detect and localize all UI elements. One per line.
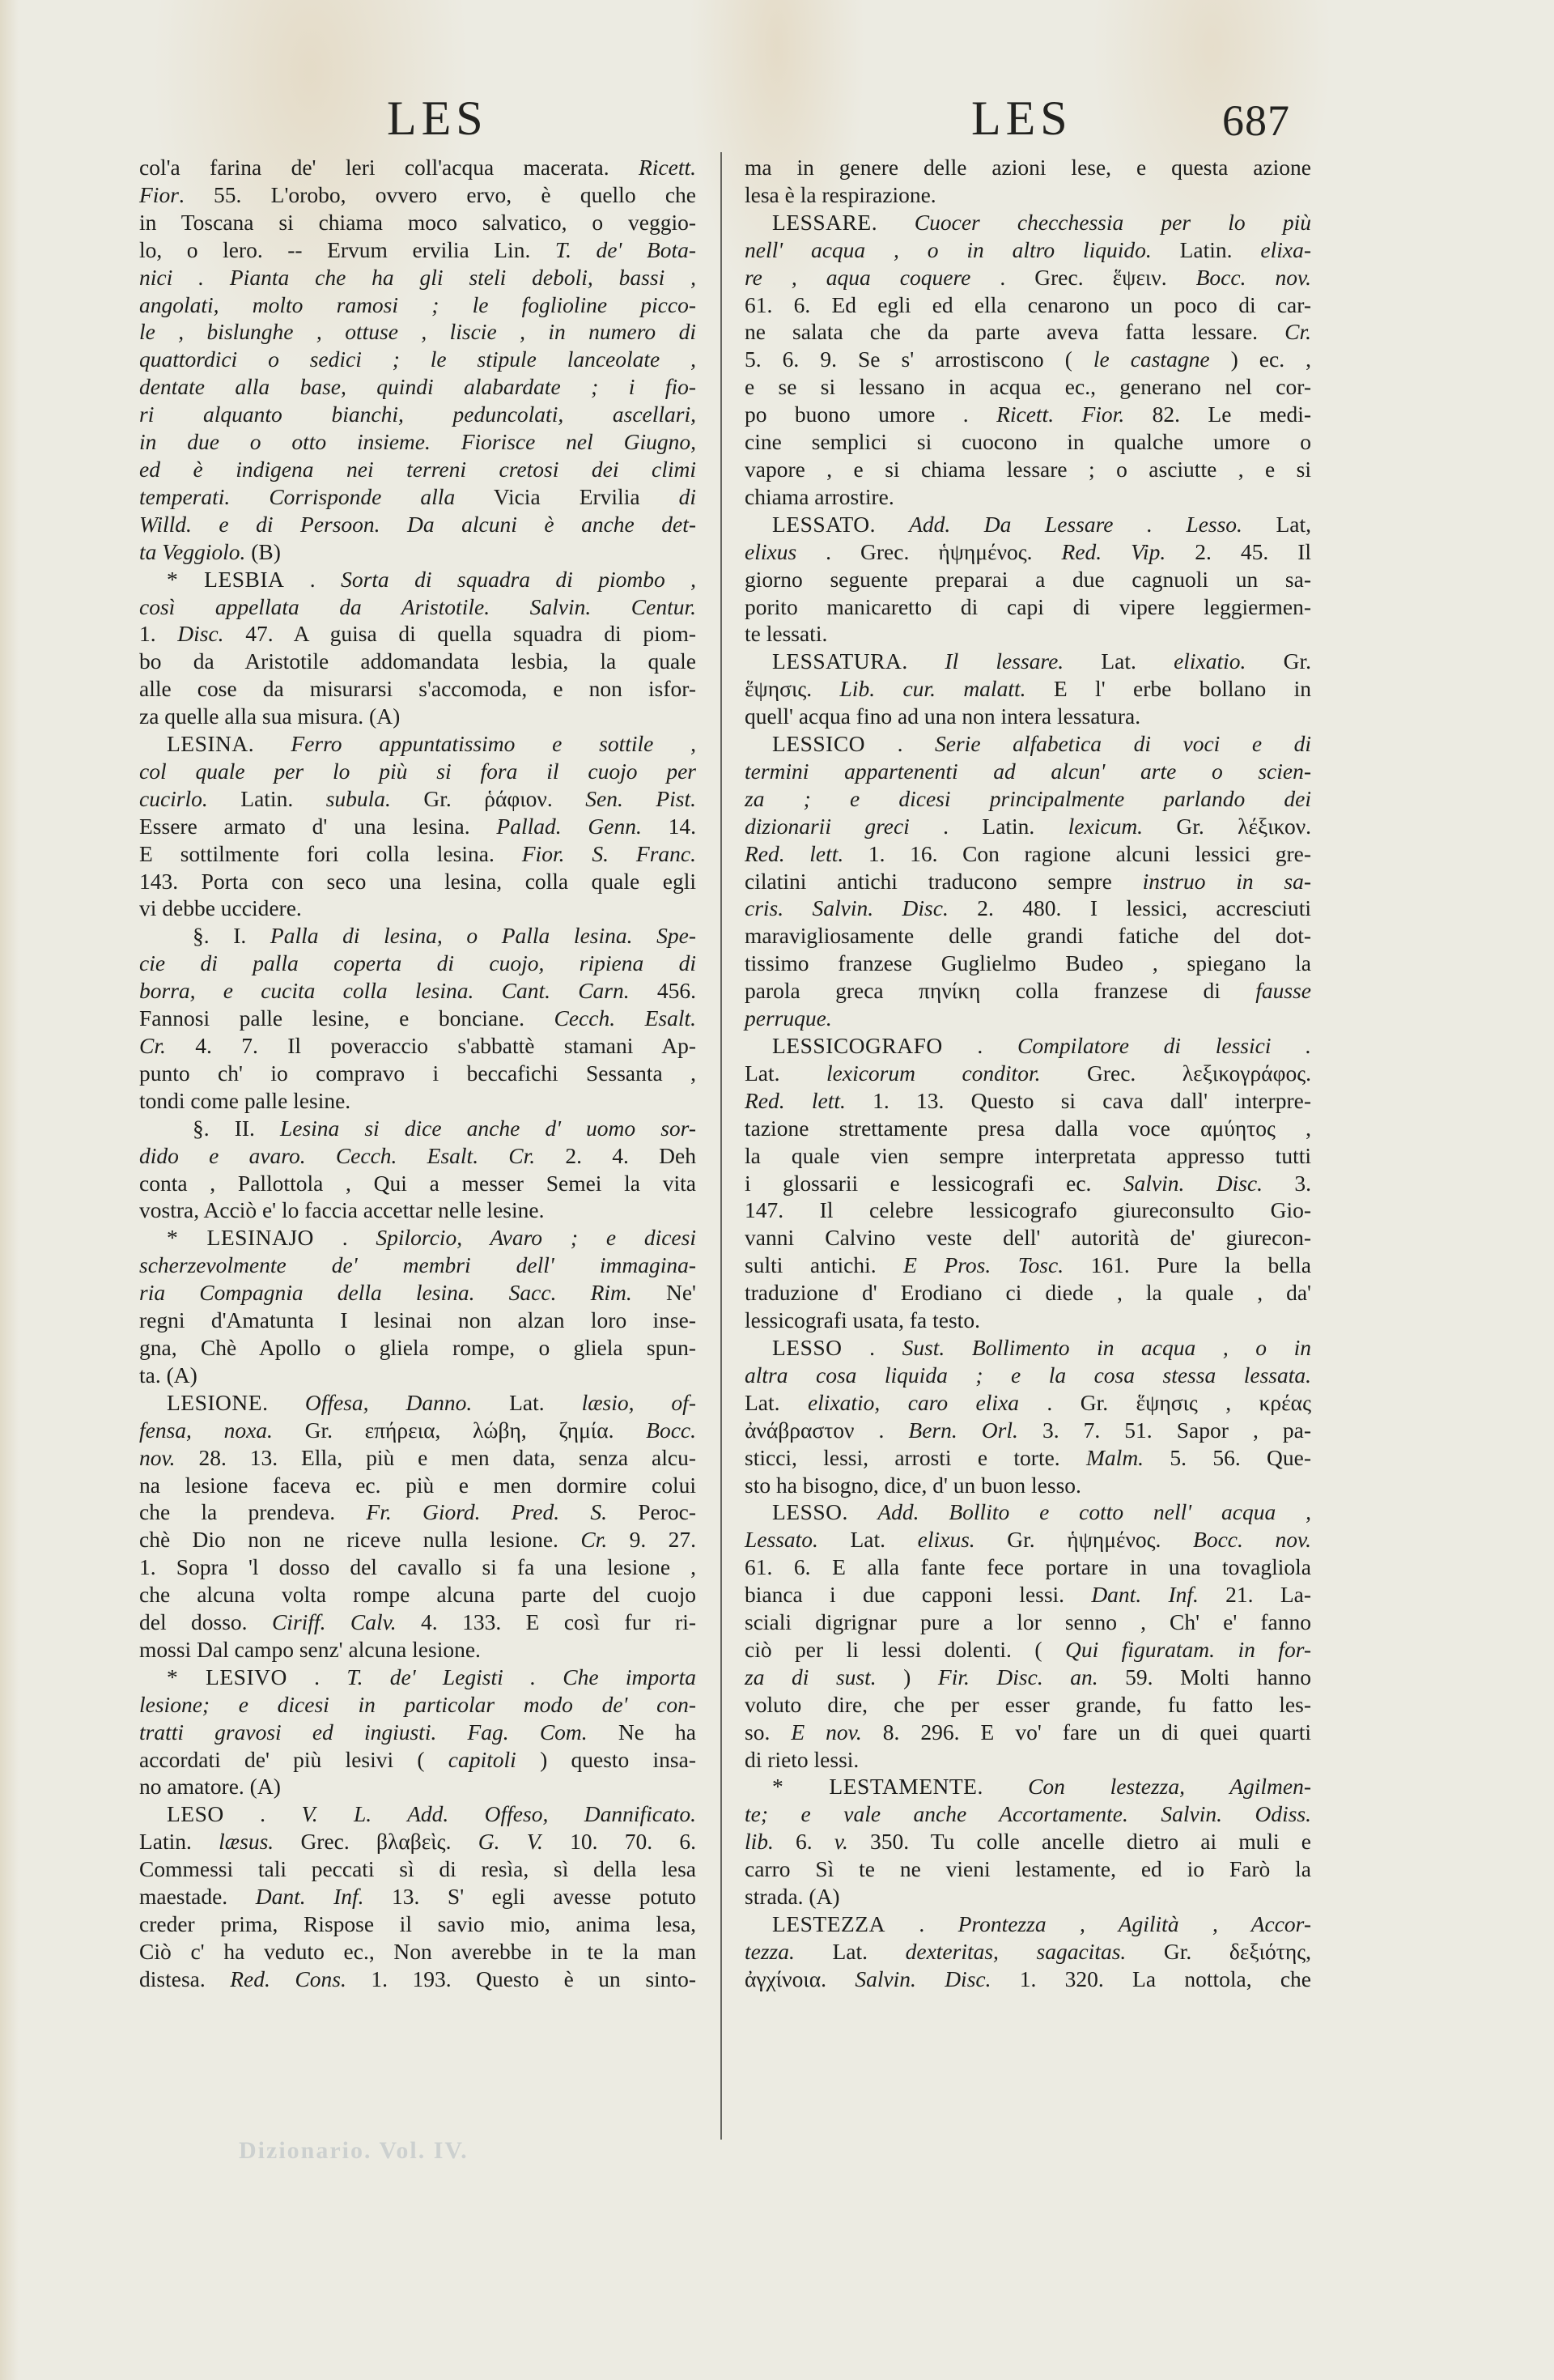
text-line: angolati, molto ramosi ; le foglioline p… xyxy=(139,291,696,319)
text-line: vanni Calvino veste dell' autorità de' g… xyxy=(745,1224,1311,1252)
text-line: sciali digrignar pure a lor senno , Ch' … xyxy=(745,1609,1311,1636)
left-column: col'a farina de' leri coll'acqua macerat… xyxy=(139,154,696,1993)
footer-signature-mark: Dizionario. Vol. IV. xyxy=(239,2137,469,2165)
text-line: ma in genere delle azioni lese, e questa… xyxy=(745,154,1311,181)
text-line: 61. 6. Ed egli ed ella cenarono un poco … xyxy=(745,291,1311,319)
text-line: cine semplici si cuocono in qualche umor… xyxy=(745,428,1311,456)
text-line: LESINA. Ferro appuntatissimo e sottile , xyxy=(139,730,696,758)
text-line: lesione; e dicesi in particolar modo de'… xyxy=(139,1691,696,1719)
text-line: ἀνάβραστον . Bern. Orl. 3. 7. 51. Sapor … xyxy=(745,1417,1311,1444)
running-head-left: LES xyxy=(387,91,488,147)
text-line: ciò per li lessi dolenti. ( Qui figurata… xyxy=(745,1636,1311,1664)
text-line: * LESIVO . T. de' Legisti . Che importa xyxy=(139,1664,696,1691)
text-line: regni d'Amatunta I lesinai non alzan lor… xyxy=(139,1307,696,1334)
text-line: za quelle alla sua misura. (A) xyxy=(139,703,696,730)
text-line: LESSO . Sust. Bollimento in acqua , o in xyxy=(745,1334,1311,1362)
text-line: re , aqua coquere . Grec. ἕψειν. Bocc. n… xyxy=(745,264,1311,291)
text-line: quell' acqua fino ad una non intera less… xyxy=(745,703,1311,730)
text-line: altra cosa liquida ; e la cosa stessa le… xyxy=(745,1362,1311,1389)
text-line: Lat. lexicorum conditor. Grec. λεξικογρά… xyxy=(745,1060,1311,1087)
text-line: §. I. Palla di lesina, o Palla lesina. S… xyxy=(139,922,696,950)
text-line: alle cose da misurarsi s'accomoda, e non… xyxy=(139,675,696,703)
text-line: 1. Sopra 'l dosso del cavallo si fa una … xyxy=(139,1553,696,1581)
text-line: ἀγχίνοια. Salvin. Disc. 1. 320. La notto… xyxy=(745,1966,1311,1993)
text-line: scherzevolmente de' membri dell' immagin… xyxy=(139,1252,696,1279)
text-line: le , bislunghe , ottuse , liscie , in nu… xyxy=(139,318,696,346)
text-line: sticci, lessi, arrosti e torte. Malm. 5.… xyxy=(745,1444,1311,1472)
text-line: nici . Pianta che ha gli steli deboli, b… xyxy=(139,264,696,291)
text-line: giorno seguente preparai a due cagnuoli … xyxy=(745,566,1311,593)
text-line: sulti antichi. E Pros. Tosc. 161. Pure l… xyxy=(745,1252,1311,1279)
text-line: borra, e cucita colla lesina. Cant. Carn… xyxy=(139,977,696,1005)
text-line: di rieto lessi. xyxy=(745,1746,1311,1774)
text-line: LESSATO. Add. Da Lessare . Lesso. Lat, xyxy=(745,511,1311,538)
text-line: tezza. Lat. dexteritas, sagacitas. Gr. δ… xyxy=(745,1938,1311,1966)
text-line: dizionarii greci . Latin. lexicum. Gr. λ… xyxy=(745,813,1311,840)
text-line: cie di palla coperta di cuojo, ripiena d… xyxy=(139,950,696,977)
text-line: traduzione d' Erodiano ci diede , la qua… xyxy=(745,1279,1311,1307)
text-line: lib. 6. v. 350. Tu colle ancelle dietro … xyxy=(745,1828,1311,1855)
text-line: Fannosi palle lesine, e bonciane. Cecch.… xyxy=(139,1005,696,1032)
text-line: dentate alla base, quindi alabardate ; i… xyxy=(139,373,696,401)
text-line: bo da Aristotile addomandata lesbia, la … xyxy=(139,648,696,675)
text-line: na lesione faceva ec. più e men dormire … xyxy=(139,1472,696,1499)
text-line: temperati. Corrisponde alla Vicia Ervili… xyxy=(139,483,696,511)
text-line: creder prima, Rispose il savio mio, anim… xyxy=(139,1910,696,1938)
text-line: 143. Porta con seco una lesina, colla qu… xyxy=(139,868,696,895)
text-line: cucirlo. Latin. subula. Gr. ῥάφιον. Sen.… xyxy=(139,785,696,813)
text-line: E sottilmente fori colla lesina. Fior. S… xyxy=(139,840,696,868)
text-line: punto ch' io compravo i beccafichi Sessa… xyxy=(139,1060,696,1087)
text-line: bianca i due capponi lessi. Dant. Inf. 2… xyxy=(745,1581,1311,1609)
text-line: te; e vale anche Accortamente. Salvin. O… xyxy=(745,1800,1311,1828)
text-line: po buono umore . Ricett. Fior. 82. Le me… xyxy=(745,401,1311,428)
text-line: voluto dire, che per esser grande, fu fa… xyxy=(745,1691,1311,1719)
text-line: elixus . Grec. ἡψημένος. Red. Vip. 2. 45… xyxy=(745,538,1311,566)
text-line: Cr. 4. 7. Il poveraccio s'abbattè staman… xyxy=(139,1032,696,1060)
text-line: 1. Disc. 47. A guisa di quella squadra d… xyxy=(139,620,696,648)
text-line: tratti gravosi ed ingiusti. Fag. Com. Ne… xyxy=(139,1719,696,1746)
text-line: lo, o lero. -- Ervum ervilia Lin. T. de'… xyxy=(139,236,696,264)
text-line: in Toscana si chiama moco salvatico, o v… xyxy=(139,209,696,236)
text-line: LESIONE. Offesa, Danno. Lat. læsio, of- xyxy=(139,1389,696,1417)
text-line: quattordici o sedici ; le stipule lanceo… xyxy=(139,346,696,373)
text-line: così appellata da Aristotile. Salvin. Ce… xyxy=(139,593,696,621)
text-line: in due o otto insieme. Fiorisce nel Giug… xyxy=(139,428,696,456)
text-line: §. II. Lesina si dice anche d' uomo sor- xyxy=(139,1115,696,1142)
text-line: ἕψησις. Lib. cur. malatt. E l' erbe boll… xyxy=(745,675,1311,703)
text-line: nov. 28. 13. Ella, più e men data, senza… xyxy=(139,1444,696,1472)
text-line: porito manicaretto di capi di vipere leg… xyxy=(745,593,1311,621)
text-line: nell' acqua , o in altro liquido. Latin.… xyxy=(745,236,1311,264)
text-line: carro Sì te ne vieni lestamente, ed io F… xyxy=(745,1855,1311,1883)
text-line: termini appartenenti ad alcun' arte o sc… xyxy=(745,758,1311,785)
text-line: LESTEZZA . Prontezza , Agilità , Accor- xyxy=(745,1910,1311,1938)
text-line: LESSICO . Serie alfabetica di voci e di xyxy=(745,730,1311,758)
text-line: Willd. e di Persoon. Da alcuni è anche d… xyxy=(139,511,696,538)
text-line: Lat. elixatio, caro elixa . Gr. ἕψησις ,… xyxy=(745,1389,1311,1417)
text-line: 147. Il celebre lessicografo giureconsul… xyxy=(745,1196,1311,1224)
text-line: LESSARE. Cuocer checchessia per lo più xyxy=(745,209,1311,236)
text-line: vostra, Acciò e' lo faccia accettar nell… xyxy=(139,1196,696,1224)
text-line: ria Compagnia della lesina. Sacc. Rim. N… xyxy=(139,1279,696,1307)
text-line: no amatore. (A) xyxy=(139,1773,696,1800)
text-line: cilatini antichi traducono sempre instru… xyxy=(745,868,1311,895)
text-line: mossi Dal campo senz' alcuna lesione. xyxy=(139,1636,696,1664)
text-line: vapore , e si chiama lessare ; o asciutt… xyxy=(745,456,1311,483)
text-line: chè Dio non ne riceve nulla lesione. Cr.… xyxy=(139,1526,696,1553)
text-line: ri alquanto bianchi, peduncolati, ascell… xyxy=(139,401,696,428)
text-line: LESO . V. L. Add. Offeso, Dannificato. xyxy=(139,1800,696,1828)
text-line: za di sust. ) Fir. Disc. an. 59. Molti h… xyxy=(745,1664,1311,1691)
text-line: tazione strettamente presa dalla voce αμ… xyxy=(745,1115,1311,1142)
text-line: perruque. xyxy=(745,1005,1311,1032)
text-line: sto ha bisogno, dice, d' un buon lesso. xyxy=(745,1472,1311,1499)
text-line: e se si lessano in acqua ec., generano n… xyxy=(745,373,1311,401)
text-line: ne salata che da parte aveva fatta lessa… xyxy=(745,318,1311,346)
text-line: Essere armato d' una lesina. Pallad. Gen… xyxy=(139,813,696,840)
text-line: del dosso. Ciriff. Calv. 4. 133. E così … xyxy=(139,1609,696,1636)
column-divider xyxy=(720,152,722,2140)
running-head-right: LES xyxy=(971,91,1072,147)
text-line: Latin. læsus. Grec. βλαβεὶς. G. V. 10. 7… xyxy=(139,1828,696,1855)
text-line: lessicografi usata, fa testo. xyxy=(745,1307,1311,1334)
text-line: parola greca πηνίκη colla franzese di fa… xyxy=(745,977,1311,1005)
text-line: tondi come palle lesine. xyxy=(139,1087,696,1115)
text-line: * LESTAMENTE. Con lestezza, Agilmen- xyxy=(745,1773,1311,1800)
text-line: col quale per lo più si fora il cuojo pe… xyxy=(139,758,696,785)
text-line: conta , Pallottola , Qui a messer Semei … xyxy=(139,1170,696,1197)
text-line: Commessi tali peccati sì di resìa, sì de… xyxy=(139,1855,696,1883)
text-line: gna, Chè Apollo o gliela rompe, o gliela… xyxy=(139,1334,696,1362)
text-line: cris. Salvin. Disc. 2. 480. I lessici, a… xyxy=(745,895,1311,922)
text-line: LESSATURA. Il lessare. Lat. elixatio. Gr… xyxy=(745,648,1311,675)
text-line: Red. lett. 1. 13. Questo si cava dall' i… xyxy=(745,1087,1311,1115)
text-line: lesa è la respirazione. xyxy=(745,181,1311,209)
text-line: strada. (A) xyxy=(745,1883,1311,1910)
text-line: che la prendeva. Fr. Giord. Pred. S. Per… xyxy=(139,1498,696,1526)
text-line: za ; e dicesi principalmente parlando de… xyxy=(745,785,1311,813)
text-line: Fior. 55. L'orobo, ovvero ervo, è quello… xyxy=(139,181,696,209)
text-line: so. E nov. 8. 296. E vo' fare un di quei… xyxy=(745,1719,1311,1746)
text-line: maravigliosamente delle grandi fatiche d… xyxy=(745,922,1311,950)
text-line: 5. 6. 9. Se s' arrostiscono ( le castagn… xyxy=(745,346,1311,373)
right-column: ma in genere delle azioni lese, e questa… xyxy=(745,154,1311,1993)
text-line: vi debbe uccidere. xyxy=(139,895,696,922)
text-line: distesa. Red. Cons. 1. 193. Questo è un … xyxy=(139,1966,696,1993)
text-line: i glossarii e lessicografi ec. Salvin. D… xyxy=(745,1170,1311,1197)
text-line: col'a farina de' leri coll'acqua macerat… xyxy=(139,154,696,181)
text-line: ta. (A) xyxy=(139,1362,696,1389)
text-line: Ciò c' ha veduto ec., Non averebbe in te… xyxy=(139,1938,696,1966)
text-line: LESSO. Add. Bollito e cotto nell' acqua … xyxy=(745,1498,1311,1526)
page-number: 687 xyxy=(1222,96,1290,146)
text-line: dido e avaro. Cecch. Esalt. Cr. 2. 4. De… xyxy=(139,1142,696,1170)
text-line: ta Veggiolo. (B) xyxy=(139,538,696,566)
text-line: Lessato. Lat. elixus. Gr. ἡψημένος. Bocc… xyxy=(745,1526,1311,1553)
text-line: accordati de' più lesivi ( capitoli ) qu… xyxy=(139,1746,696,1774)
text-line: ed è indigena nei terreni cretosi dei cl… xyxy=(139,456,696,483)
text-line: 61. 6. E alla fante fece portare in una … xyxy=(745,1553,1311,1581)
text-line: * LESINAJO . Spilorcio, Avaro ; e dicesi xyxy=(139,1224,696,1252)
text-line: tissimo franzese Guglielmo Budeo , spieg… xyxy=(745,950,1311,977)
text-line: Red. lett. 1. 16. Con ragione alcuni les… xyxy=(745,840,1311,868)
text-line: te lessati. xyxy=(745,620,1311,648)
text-line: LESSICOGRAFO . Compilatore di lessici . xyxy=(745,1032,1311,1060)
text-line: che alcuna volta rompe alcuna parte del … xyxy=(139,1581,696,1609)
text-line: chiama arrostire. xyxy=(745,483,1311,511)
text-line: la quale vien sempre interpretata appres… xyxy=(745,1142,1311,1170)
text-line: fensa, noxa. Gr. επήρεια, λώβη, ζημία. B… xyxy=(139,1417,696,1444)
text-line: maestade. Dant. Inf. 13. S' egli avesse … xyxy=(139,1883,696,1910)
text-line: * LESBIA . Sorta di squadra di piombo , xyxy=(139,566,696,593)
